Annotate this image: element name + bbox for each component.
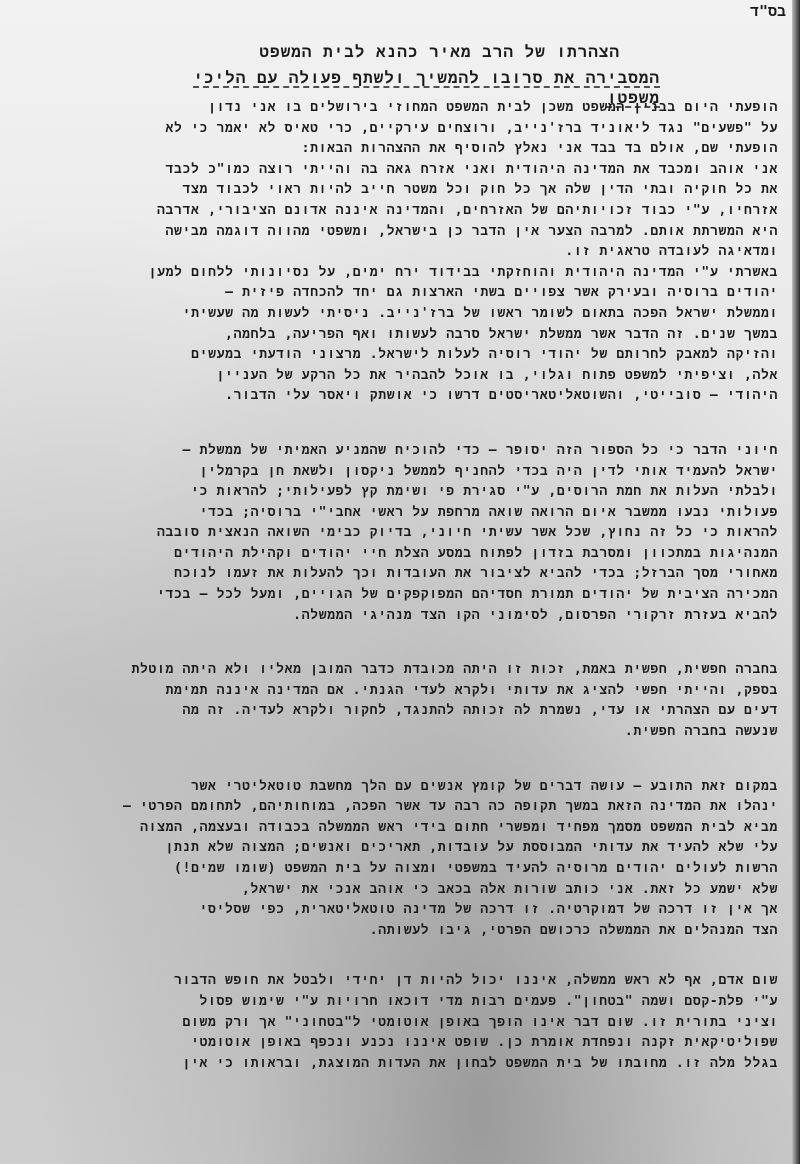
paragraph-7: שום אדם, אף לא ראש ממשלה, איננו יכול להי… [14,971,778,1074]
text-line: וציני בתורית זו. שום דבר אינו הופך באופן… [14,1013,778,1034]
text-line: את כל חוקיה ובתי הדין שלה אך כל חוק וכל … [14,180,778,201]
text-line: המכירה הציבית של יהודים תמורת חסדיהם המפ… [14,585,778,606]
text-line: שפוליטיקאית זקנה ונפחדת אומרת כן. שופט א… [14,1033,778,1054]
scan-edge-shadow [792,0,800,1164]
text-line: ולבלתי העלות את חמת הרוסים, ע"י סגירת פי… [14,482,778,503]
text-line: שום אדם, אף לא ראש ממשלה, איננו יכול להי… [14,971,778,992]
text-line: היהודי – סובייטי, והשוטאליטאריסטים דרשו … [14,386,778,407]
text-line: להראות כי כל זה נחוץ, שכל אשר עשיתי חיונ… [14,523,778,544]
text-line: דעים עם הצהרתי או עדי, נשמרת לה זכותה לה… [14,701,778,722]
text-line: יהודים ברוסיה ובעירק אשר צפויים בשתי האר… [14,283,778,304]
text-line: באשרתי ע"י המדינה היהודית והוחזקתי בבידו… [14,263,778,284]
text-line: בספק, והייתי חפשי להציג את עדותי ולקרא ל… [14,681,778,702]
text-line: בגלל מלה זו. מחובתו של בית המשפט לבחון א… [14,1054,778,1075]
text-line: אלה, וציפיתי למשפט פתוח וגלוי, בו אוכל ל… [14,366,778,387]
text-line: מאחורי מסך הברזל; בכדי להביא לציבור את ה… [14,564,778,585]
paragraph-2: אני אוהב ומכבד את המדינה היהודית ואני אז… [14,160,778,263]
text-line: להביא בעזרת זרקורי הפרסום, לסימוני הקו ה… [14,606,778,627]
text-line: חיוני הדבר כי כל הספור הזה יסופר – כדי ל… [14,441,778,462]
text-line: שלא ישמע כל זאת. אני כותב שורות אלה בכאב… [14,880,778,901]
text-line: אך אין זו דרכה של דמוקרטיה. זו דרכה של מ… [14,900,778,921]
scanned-document-page: בס"ד הצהרתו של הרב מאיר כהנא לבית המשפט … [0,0,800,1164]
paragraph-4: חיוני הדבר כי כל הספור הזה יסופר – כדי ל… [14,441,778,626]
text-line: הופעתי שם, אולם בד בבד אני נאלץ להוסיף א… [14,139,778,160]
text-line: פעולותי נבעו ממשבר איום הרואה שואה מרחפת… [14,503,778,524]
text-line: הרשות לעולים יהודים מרוסיה להעיד במשפטי … [14,859,778,880]
document-body: הופעתי היום בבנין המשפט משכן לבית המשפט … [14,98,778,1074]
text-line: ישראל להעמיד אותי לדין היה בכדי להחניף ל… [14,462,778,483]
text-line: במקום זאת התובע – עושה דברים של קומץ אנש… [14,777,778,798]
text-line: במשך שנים. זה הדבר אשר ממשלת ישראל סרבה … [14,325,778,346]
text-line: אזרחיו, ע"י כבוד זכויותיהם של האזרחים, ו… [14,201,778,222]
text-line: שנעשה בחברה חפשית. [14,722,778,743]
paragraph-spacer [14,626,778,660]
text-line: הופעתי היום בבנין המשפט משכן לבית המשפט … [14,98,778,119]
text-line: מביא לבית המשפט מסמך מפחיד ומפשרי חתום ב… [14,818,778,839]
text-line: ומדאיגה לעובדה טראגית זו. [14,242,778,263]
text-line: הצד המנהלים את הממשלה כרכושם הפרטי, גיבו… [14,921,778,942]
text-line: עלי שלא להעיד את עדותי המבוססת על עובדות… [14,838,778,859]
text-line: ינהלו את המדינה הזאת במשך תקופה כה רבה ע… [14,797,778,818]
text-line: המנהיגות במתכוון ומסרבת בזדון לפתוח במסע… [14,544,778,565]
paragraph-5: בחברה חפשית, חפשית באמת, זכות זו היתה מכ… [14,660,778,742]
text-line: והזיקה למאבק לחרותם של יהודי רוסיה לעלות… [14,345,778,366]
paragraph-1: הופעתי היום בבנין המשפט משכן לבית המשפט … [14,98,778,160]
text-line: ע"י פלת-קסם ושמה "בטחון". פעמים רבות מדי… [14,992,778,1013]
text-line: על "פשעים" נגד ליאוניד ברז'נייב, ורוצחים… [14,119,778,140]
text-line: אני אוהב ומכבד את המדינה היהודית ואני אז… [14,160,778,181]
paragraph-3: באשרתי ע"י המדינה היהודית והוחזקתי בבידו… [14,263,778,407]
text-line: וממשלת ישראל הפכה בתאום לשומר ראשו של בר… [14,304,778,325]
document-title: הצהרתו של הרב מאיר כהנא לבית המשפט [150,42,660,62]
text-line: בחברה חפשית, חפשית באמת, זכות זו היתה מכ… [14,660,778,681]
paragraph-6: במקום זאת התובע – עושה דברים של קומץ אנש… [14,777,778,942]
text-line: היא המשרתת אותם. למרבה הצער אין הדבר כן … [14,222,778,243]
paragraph-spacer [14,743,778,777]
paragraph-spacer [14,407,778,441]
header-mark-bsd: בס"ד [750,2,786,21]
paragraph-spacer [14,941,778,971]
